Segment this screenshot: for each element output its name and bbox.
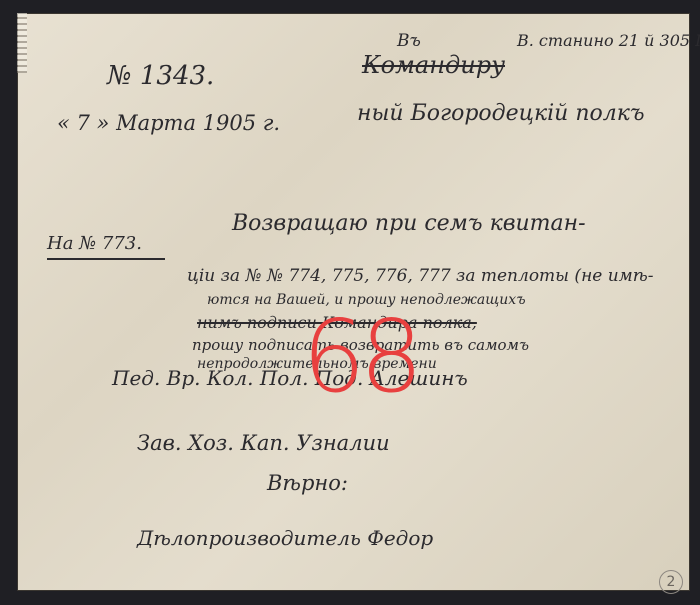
signature-line-2: Зав. Хоз. Кап. Узналии bbox=[137, 433, 390, 454]
page-number-circle: 2 bbox=[659, 570, 683, 594]
reference-number: На № 773. bbox=[47, 235, 142, 253]
addressee-struck: Командиру bbox=[362, 53, 505, 77]
addressee-line1: В. станино 21 й 305 Пѣхот bbox=[517, 33, 700, 49]
addressee-correction: Въ bbox=[397, 33, 421, 50]
document-number: № 1343. bbox=[107, 63, 214, 89]
body-line-1: Возвращаю при семъ квитан- bbox=[232, 213, 586, 235]
red-pencil-mark: 68 bbox=[302, 298, 417, 415]
signature-line-4: Дѣлопроизводитель Федор bbox=[137, 528, 433, 548]
body-line-2: ціи за № № 774, 775, 776, 777 за теплоты… bbox=[187, 268, 654, 285]
addressee-line2: ный Богородецкій полкъ bbox=[357, 103, 645, 125]
signature-line-3: Вѣрно: bbox=[267, 473, 348, 494]
document-date: « 7 » Марта 1905 г. bbox=[57, 113, 280, 134]
document-page: № 1343. « 7 » Марта 1905 г. Въ Командиру… bbox=[17, 13, 690, 591]
reference-underline bbox=[47, 258, 165, 260]
